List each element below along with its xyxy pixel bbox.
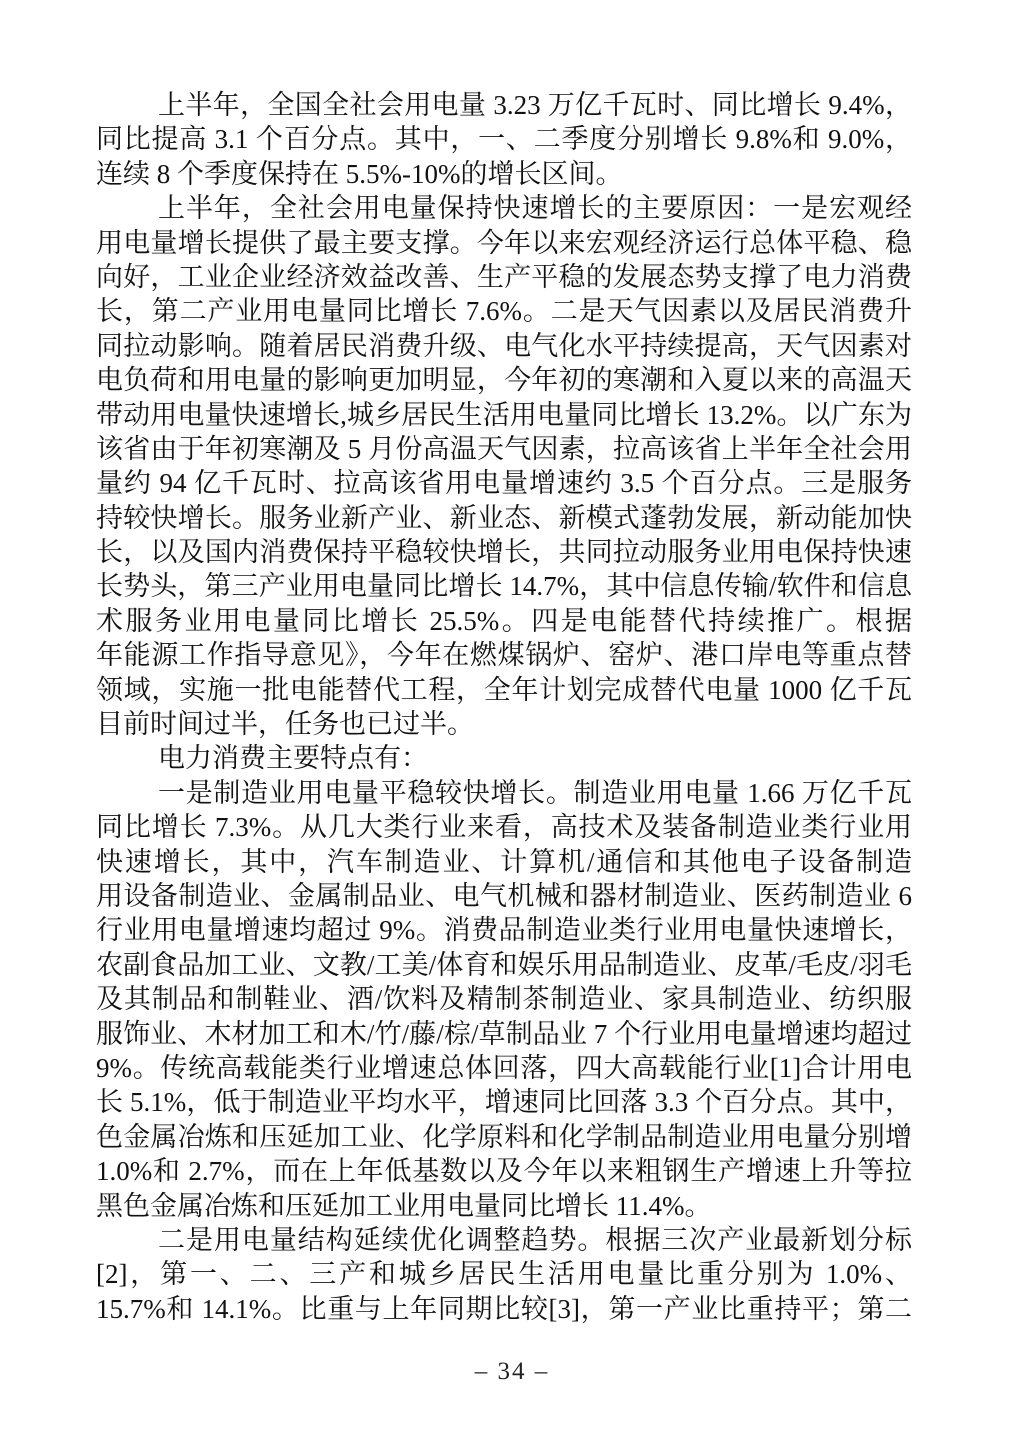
text-line: 持较快增长。服务业新产业、新业态、新模式蓬勃发展，新动能加快成 (96, 501, 912, 535)
text-line: 用电量增长提供了最主要支撑。今年以来宏观经济运行总体平稳、稳中 (96, 226, 912, 260)
text-line: 上半年，全社会用电量保持快速增长的主要原因：一是宏观经济为 (96, 191, 912, 225)
text-line: 向好，工业企业经济效益改善、生产平稳的发展态势支撑了电力消费增 (96, 260, 912, 294)
text-line: 用设备制造业、金属制品业、电气机械和器材制造业、医药制造业 6 个 (96, 879, 912, 913)
text-line: 行业用电量增速均超过 9%。消费品制造业类行业用电量快速增长，其中， (96, 913, 912, 947)
text-line: 量约 94 亿千瓦时、拉高该省用电量增速约 3.5 个百分点。三是服务业保 (96, 466, 912, 500)
text-line: 15.7%和 14.1%。比重与上年同期比较[3]，第一产业比重持平；第二产业 (96, 1292, 912, 1326)
text-line: 及其制品和制鞋业、酒/饮料及精制茶制造业、家具制造业、纺织服装/ (96, 982, 912, 1016)
text-line: 连续 8 个季度保持在 5.5%-10%的增长区间。 (96, 157, 912, 191)
text-line: 色金属冶炼和压延加工业、化学原料和化学制品制造业用电量分别增长 (96, 1120, 912, 1154)
text-line: 电力消费主要特点有： (96, 741, 912, 775)
text-line: 该省由于年初寒潮及 5 月份高温天气因素，拉高该省上半年全社会用电 (96, 432, 912, 466)
text-line: 电负荷和用电量的影响更加明显，今年初的寒潮和入夏以来的高温天气 (96, 363, 912, 397)
text-line: 年能源工作指导意见》，今年在燃煤锅炉、窑炉、港口岸电等重点替代 (96, 638, 912, 672)
text-line: 一是制造业用电量平稳较快增长。制造业用电量 1.66 万亿千瓦时、 (96, 776, 912, 810)
text-line: 带动用电量快速增长,城乡居民生活用电量同比增长 13.2%。以广东为例， (96, 398, 912, 432)
text-line: 同比增长 7.3%。从几大类行业来看，高技术及装备制造业类行业用电量 (96, 810, 912, 844)
text-line: 农副食品加工业、文教/工美/体育和娱乐用品制造业、皮革/毛皮/羽毛 (96, 948, 912, 982)
text-line: 术服务业用电量同比增长 25.5%。四是电能替代持续推广。根据《2018 (96, 604, 912, 638)
text-line: 二是用电量结构延续优化调整趋势。根据三次产业最新划分标准 (96, 1223, 912, 1257)
text-line: 同比提高 3.1 个百分点。其中，一、二季度分别增长 9.8%和 9.0%，增速 (96, 122, 912, 156)
text-line: 快速增长，其中，汽车制造业、计算机/通信和其他电子设备制造业、通 (96, 845, 912, 879)
text-line: 目前时间过半，任务也已过半。 (96, 707, 912, 741)
document-page: 上半年，全国全社会用电量 3.23 万亿千瓦时、同比增长 9.4%，增速同比提高… (0, 0, 1024, 1447)
text-line: 黑色金属冶炼和压延加工业用电量同比增长 11.4%。 (96, 1189, 912, 1223)
text-line: 长，以及国内消费保持平稳较快增长，共同拉动服务业用电保持快速增 (96, 535, 912, 569)
text-line: 长 5.1%，低于制造业平均水平，增速同比回落 3.3 个百分点。其中，有 (96, 1085, 912, 1119)
page-number: – 34 – (0, 1355, 1024, 1389)
text-line: 上半年，全国全社会用电量 3.23 万亿千瓦时、同比增长 9.4%，增速 (96, 88, 912, 122)
text-line: 长势头，第三产业用电量同比增长 14.7%，其中信息传输/软件和信息技 (96, 569, 912, 603)
text-line: 同拉动影响。随着居民消费升级、电气化水平持续提高，天气因素对用 (96, 329, 912, 363)
text-line: 服饰业、木材加工和木/竹/藤/棕/草制品业 7 个行业用电量增速均超过 (96, 1017, 912, 1051)
text-line: [2]，第一、二、三产和城乡居民生活用电量比重分别为 1.0%、69.2%、 (96, 1257, 912, 1291)
text-line: 长，第二产业用电量同比增长 7.6%。二是天气因素以及居民消费升级共 (96, 294, 912, 328)
text-line: 领域，实施一批电能替代工程，全年计划完成替代电量 1000 亿千瓦时， (96, 673, 912, 707)
text-line: 1.0%和 2.7%，而在上年低基数以及今年以来粗钢生产增速上升等拉动下， (96, 1154, 912, 1188)
body-text: 上半年，全国全社会用电量 3.23 万亿千瓦时、同比增长 9.4%，增速同比提高… (96, 88, 912, 1326)
text-line: 9%。传统高载能类行业增速总体回落，四大高载能行业[1]合计用电量增 (96, 1051, 912, 1085)
